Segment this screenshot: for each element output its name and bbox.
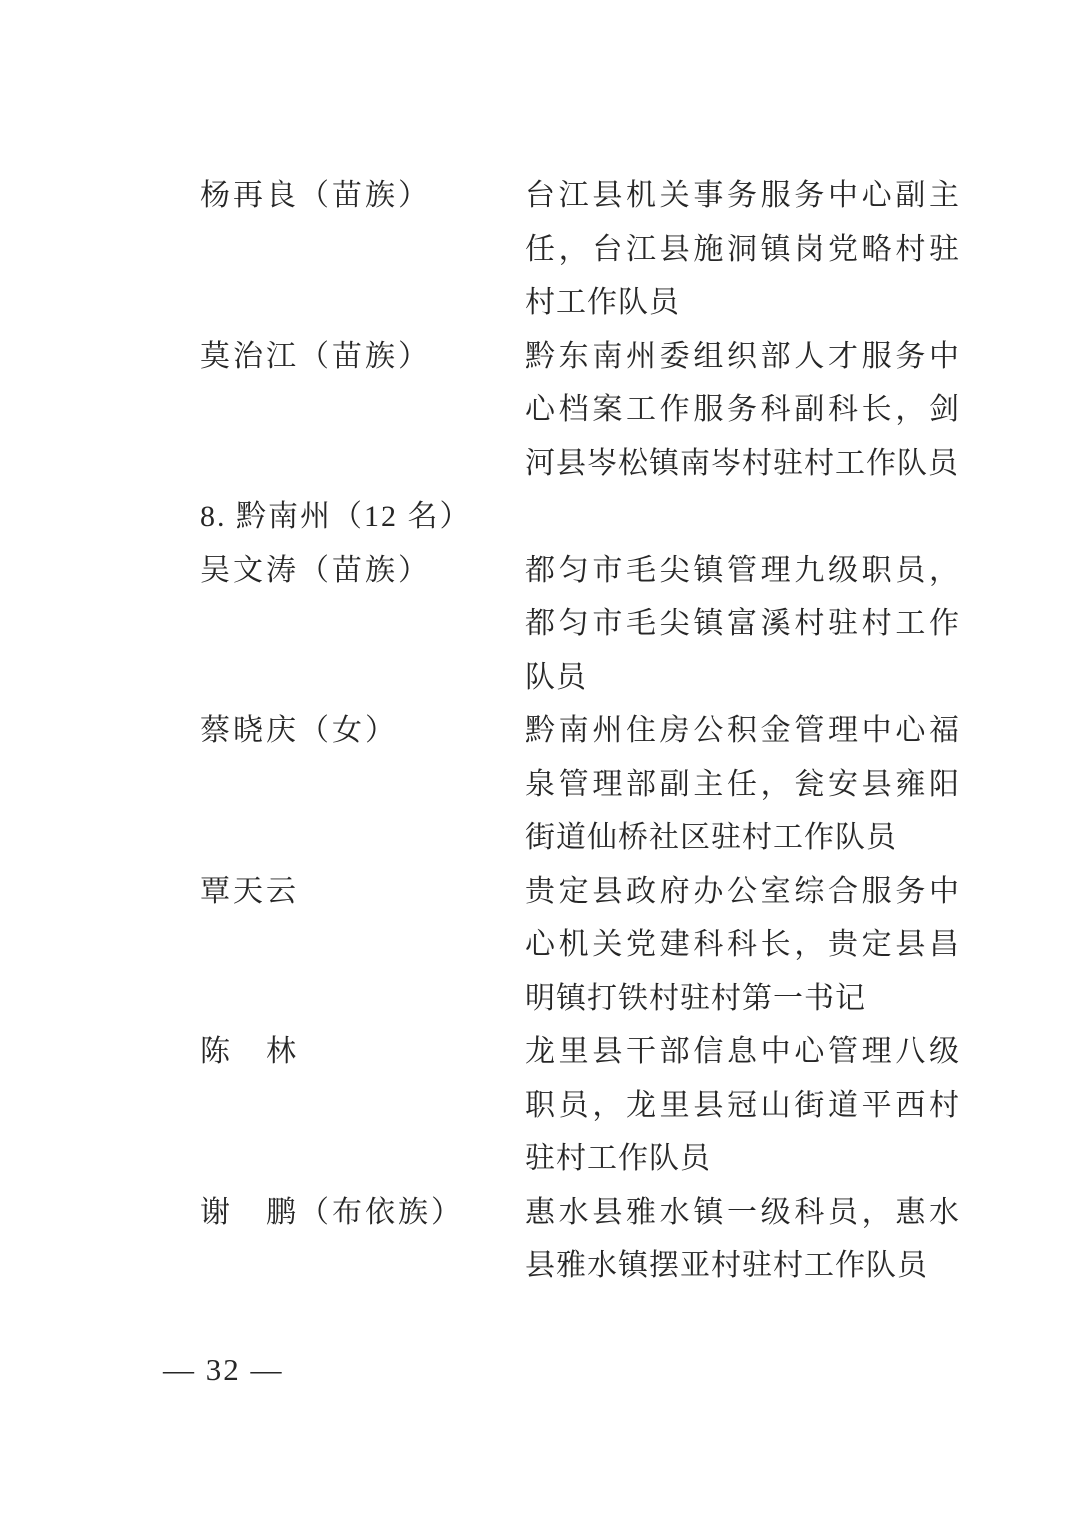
position-line: 龙里县干部信息中心管理八级 (525, 1025, 960, 1079)
roster-entry: 杨再良（苗族） 台江县机关事务服务中心副主 任，台江县施洞镇岗党略村驻 村工作队… (200, 169, 962, 330)
position-line: 县雅水镇摆亚村驻村工作队员 (525, 1239, 960, 1293)
section-header: 8. 黔南州（12 名） (200, 490, 962, 544)
position-line: 明镇打铁村驻村第一书记 (525, 972, 960, 1026)
roster-entry: 吴文涛（苗族） 都匀市毛尖镇管理九级职员， 都匀市毛尖镇富溪村驻村工作 队员 (200, 544, 962, 705)
position-line: 职员，龙里县冠山街道平西村 (525, 1079, 960, 1133)
position-line: 都匀市毛尖镇管理九级职员， (525, 544, 960, 598)
roster-entry: 陈 林 龙里县干部信息中心管理八级 职员，龙里县冠山街道平西村 驻村工作队员 (200, 1025, 962, 1186)
position-line: 泉管理部副主任，瓮安县雍阳 (525, 758, 960, 812)
roster-entry: 覃天云 贵定县政府办公室综合服务中 心机关党建科科长，贵定县昌 明镇打铁村驻村第… (200, 865, 962, 1026)
position-line: 心档案工作服务科副科长，剑 (525, 383, 960, 437)
position-description: 贵定县政府办公室综合服务中 心机关党建科科长，贵定县昌 明镇打铁村驻村第一书记 (525, 865, 960, 1026)
person-name: 谢 鹏（布依族） (200, 1186, 525, 1240)
roster-entry: 莫治江（苗族） 黔东南州委组织部人才服务中 心档案工作服务科副科长，剑 河县岑松… (200, 330, 962, 491)
roster-content: 杨再良（苗族） 台江县机关事务服务中心副主 任，台江县施洞镇岗党略村驻 村工作队… (200, 169, 962, 1293)
position-description: 龙里县干部信息中心管理八级 职员，龙里县冠山街道平西村 驻村工作队员 (525, 1025, 960, 1186)
position-description: 惠水县雅水镇一级科员，惠水 县雅水镇摆亚村驻村工作队员 (525, 1186, 960, 1293)
position-line: 街道仙桥社区驻村工作队员 (525, 811, 960, 865)
position-line: 都匀市毛尖镇富溪村驻村工作 (525, 597, 960, 651)
roster-entry: 谢 鹏（布依族） 惠水县雅水镇一级科员，惠水 县雅水镇摆亚村驻村工作队员 (200, 1186, 962, 1293)
position-line: 黔南州住房公积金管理中心福 (525, 704, 960, 758)
position-description: 黔东南州委组织部人才服务中 心档案工作服务科副科长，剑 河县岑松镇南岑村驻村工作… (525, 330, 960, 491)
position-description: 黔南州住房公积金管理中心福 泉管理部副主任，瓮安县雍阳 街道仙桥社区驻村工作队员 (525, 704, 960, 865)
page-number: — 32 — (163, 1352, 284, 1388)
position-line: 心机关党建科科长，贵定县昌 (525, 918, 960, 972)
position-line: 河县岑松镇南岑村驻村工作队员 (525, 437, 960, 491)
position-line: 贵定县政府办公室综合服务中 (525, 865, 960, 919)
position-line: 队员 (525, 651, 960, 705)
person-name: 陈 林 (200, 1025, 525, 1079)
person-name: 莫治江（苗族） (200, 330, 525, 384)
position-line: 驻村工作队员 (525, 1132, 960, 1186)
position-line: 惠水县雅水镇一级科员，惠水 (525, 1186, 960, 1240)
position-line: 村工作队员 (525, 276, 960, 330)
person-name: 杨再良（苗族） (200, 169, 525, 223)
roster-entry: 蔡晓庆（女） 黔南州住房公积金管理中心福 泉管理部副主任，瓮安县雍阳 街道仙桥社… (200, 704, 962, 865)
position-line: 黔东南州委组织部人才服务中 (525, 330, 960, 384)
position-description: 都匀市毛尖镇管理九级职员， 都匀市毛尖镇富溪村驻村工作 队员 (525, 544, 960, 705)
person-name: 吴文涛（苗族） (200, 544, 525, 598)
position-line: 台江县机关事务服务中心副主 (525, 169, 960, 223)
person-name: 蔡晓庆（女） (200, 704, 525, 758)
position-line: 任，台江县施洞镇岗党略村驻 (525, 223, 960, 277)
person-name: 覃天云 (200, 865, 525, 919)
position-description: 台江县机关事务服务中心副主 任，台江县施洞镇岗党略村驻 村工作队员 (525, 169, 960, 330)
document-page: 杨再良（苗族） 台江县机关事务服务中心副主 任，台江县施洞镇岗党略村驻 村工作队… (0, 0, 1080, 1527)
